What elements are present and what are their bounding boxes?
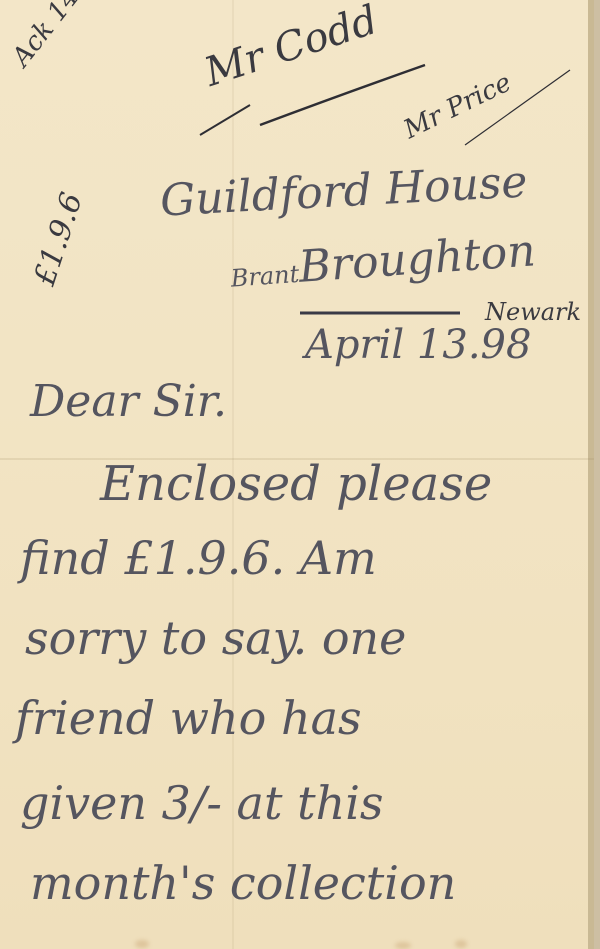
pen-strokes <box>0 0 600 949</box>
letter-page: Ack 14/4/98 Mr Codd Mr Price £1.9.6 Guil… <box>0 0 594 949</box>
